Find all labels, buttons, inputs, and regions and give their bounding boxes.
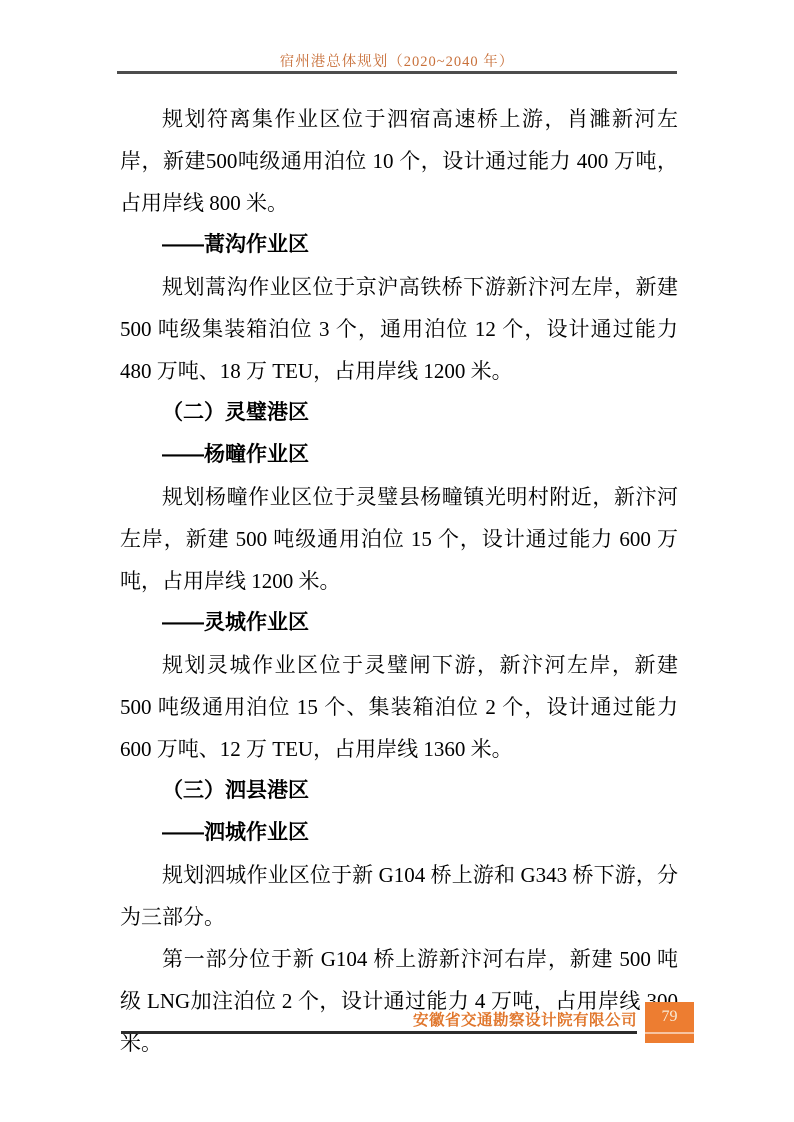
heading-haogou-zone: ——蒿沟作业区 xyxy=(120,224,678,266)
page-number: 79 xyxy=(645,1008,694,1026)
footer-company-name: 安徽省交通勘察设计院有限公司 xyxy=(413,1008,637,1030)
heading-yangtuan-zone: ——杨疃作业区 xyxy=(120,434,678,476)
page-number-stripe xyxy=(645,1032,694,1034)
paragraph-haogou: 规划蒿沟作业区位于京沪高铁桥下游新汴河左岸，新建 500 吨级集装箱泊位 3 个… xyxy=(120,266,678,392)
heading-sicheng-zone: ——泗城作业区 xyxy=(120,812,678,854)
footer-rule xyxy=(121,1031,637,1034)
paragraph-part-one: 第一部分位于新 G104 桥上游新汴河右岸，新建 500 吨级 LNG加注泊位 … xyxy=(120,938,678,1064)
heading-lingbi-port: （二）灵璧港区 xyxy=(120,392,678,434)
heading-sixian-port: （三）泗县港区 xyxy=(120,770,678,812)
header-rule xyxy=(117,71,677,74)
heading-lingcheng-zone: ——灵城作业区 xyxy=(120,602,678,644)
page-header-title: 宿州港总体规划（2020~2040 年） xyxy=(0,50,794,71)
paragraph-fuliji: 规划符离集作业区位于泗宿高速桥上游，肖濉新河左岸，新建500吨级通用泊位 10 … xyxy=(120,98,678,224)
paragraph-lingcheng: 规划灵城作业区位于灵璧闸下游，新汴河左岸，新建 500 吨级通用泊位 15 个、… xyxy=(120,644,678,770)
document-page: 宿州港总体规划（2020~2040 年） 规划符离集作业区位于泗宿高速桥上游，肖… xyxy=(0,0,794,1122)
paragraph-yangtuan: 规划杨疃作业区位于灵璧县杨疃镇光明村附近，新汴河左岸，新建 500 吨级通用泊位… xyxy=(120,476,678,602)
page-number-badge: 79 xyxy=(645,1002,694,1043)
paragraph-sicheng: 规划泗城作业区位于新 G104 桥上游和 G343 桥下游，分为三部分。 xyxy=(120,854,678,938)
document-body: 规划符离集作业区位于泗宿高速桥上游，肖濉新河左岸，新建500吨级通用泊位 10 … xyxy=(120,78,678,1064)
